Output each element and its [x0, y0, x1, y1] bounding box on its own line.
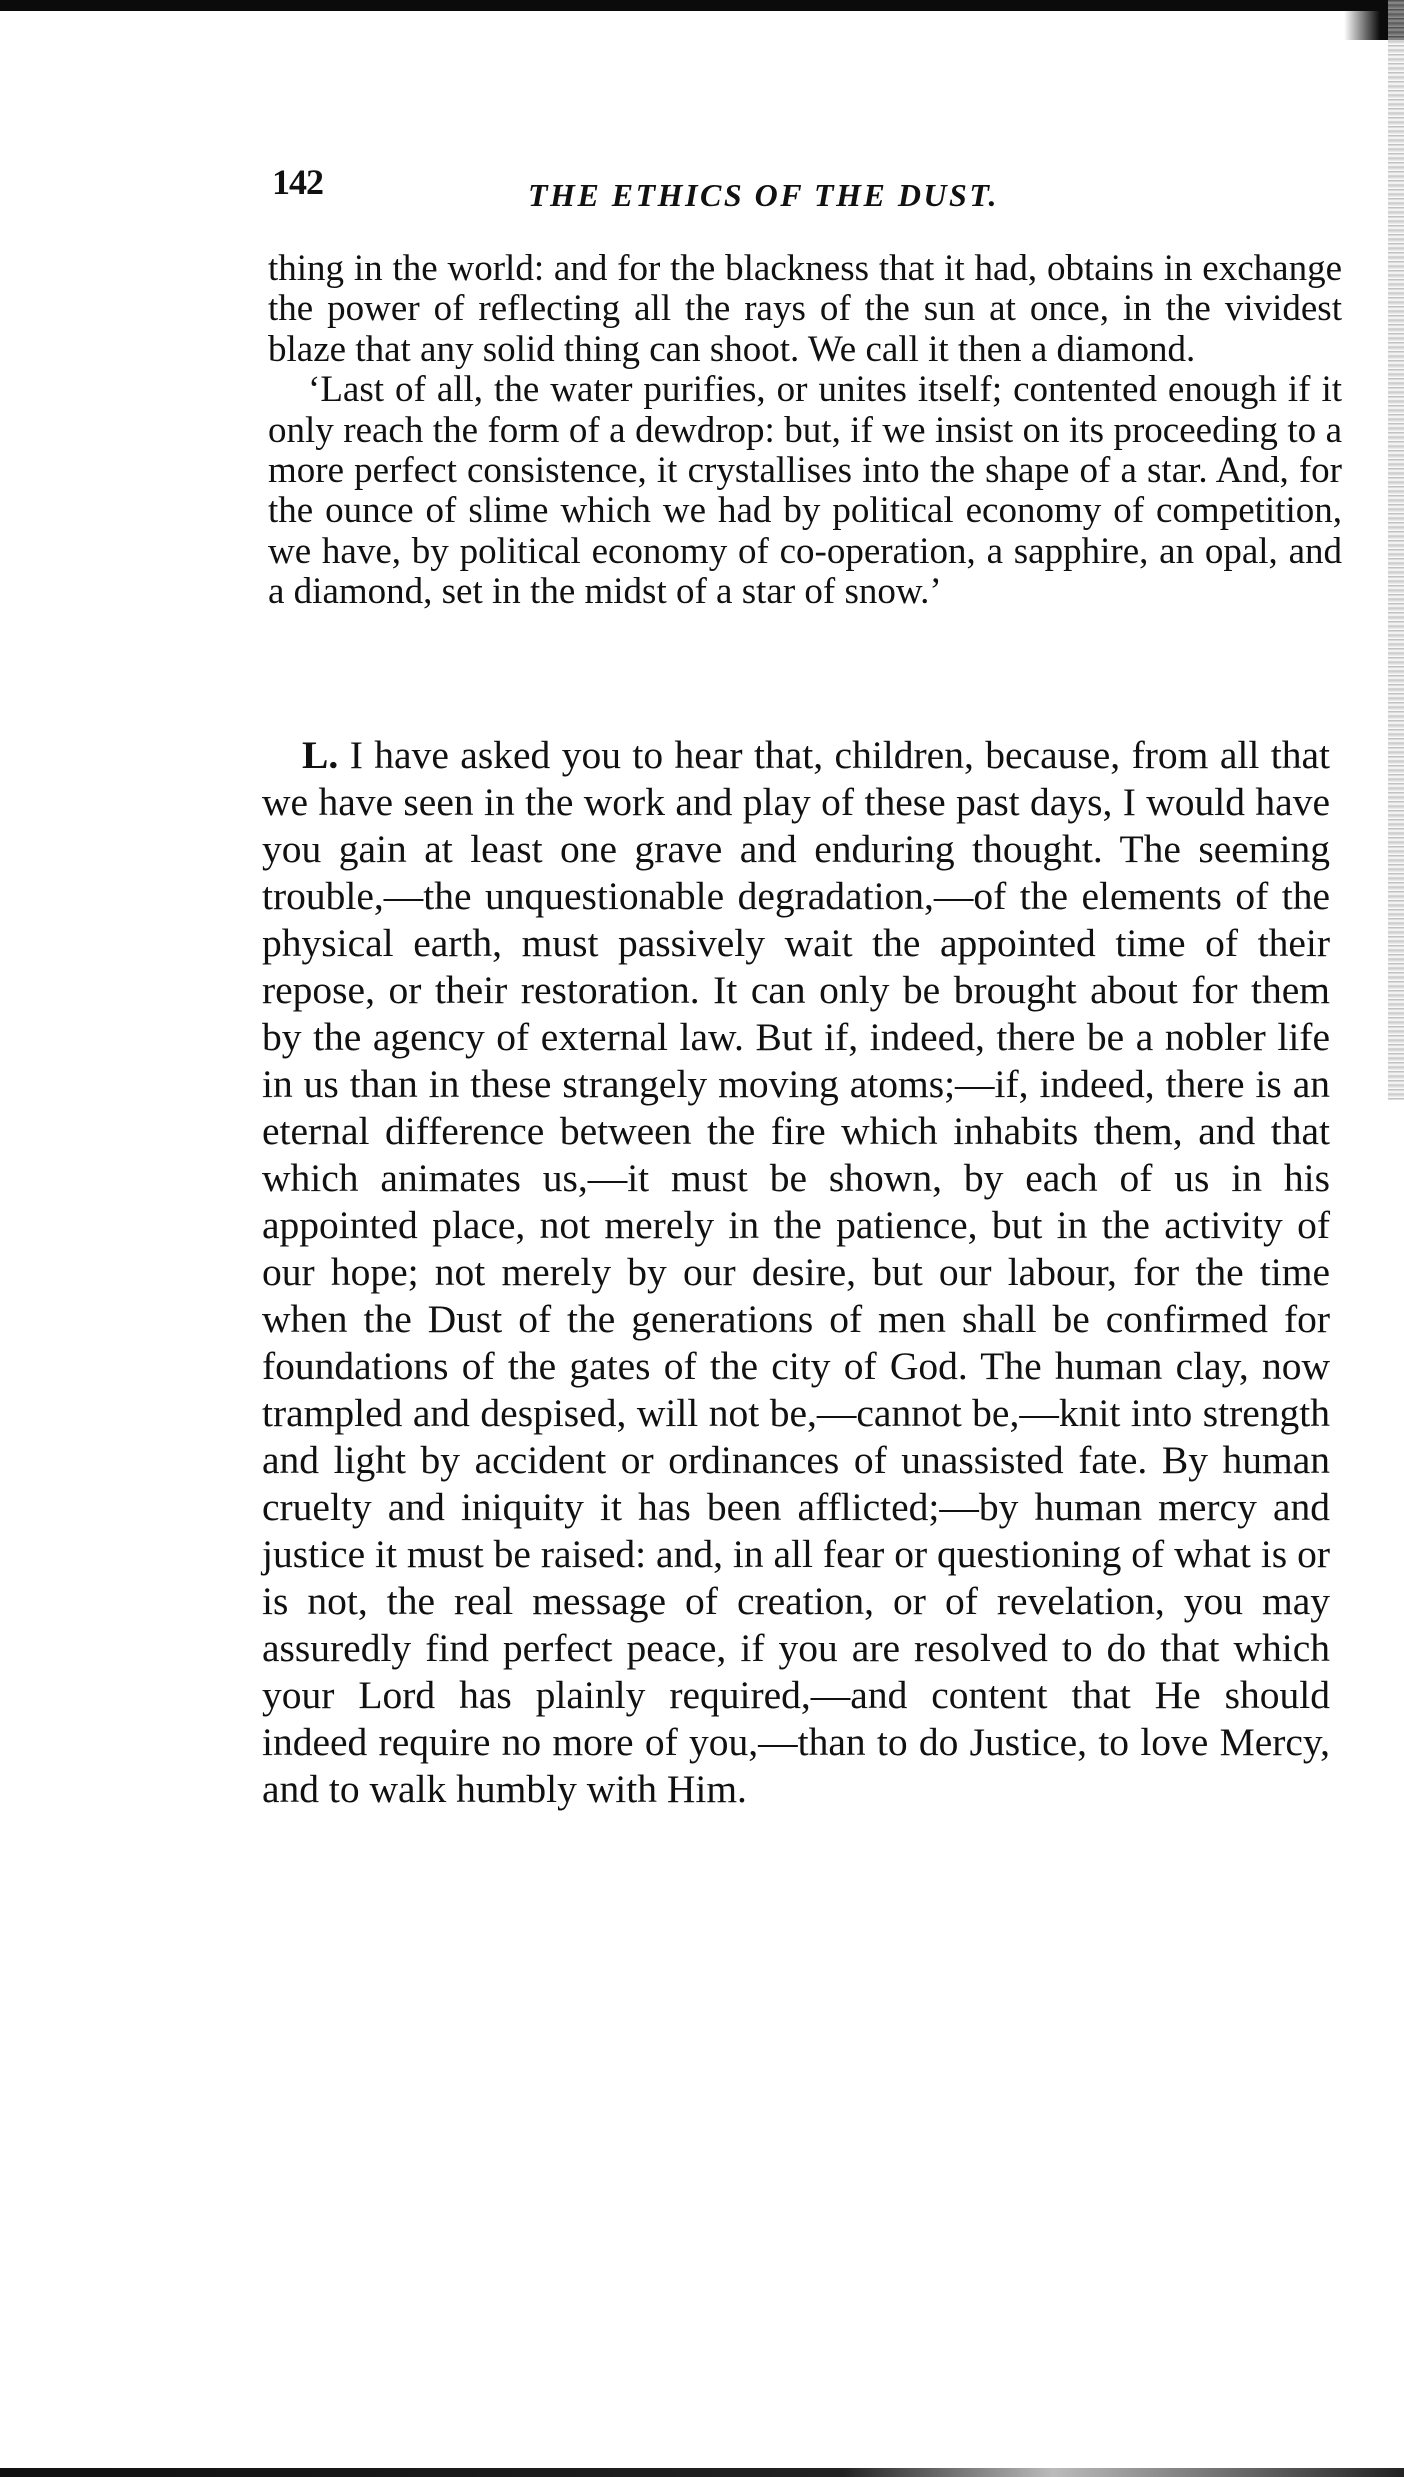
- running-head: THE ETHICS OF THE DUST.: [528, 178, 999, 212]
- section-number: L.: [302, 733, 338, 777]
- quoted-paragraph-last-of-all: ‘Last of all, the water purifies, or uni…: [268, 370, 1342, 612]
- quoted-passage: thing in the world: and for the blacknes…: [268, 249, 1342, 613]
- page-number: 142: [272, 164, 323, 200]
- scan-top-edge: [0, 0, 1404, 11]
- section-text: I have asked you to hear that, children,…: [262, 733, 1330, 1811]
- scan-right-edge: [1388, 0, 1404, 1100]
- quoted-paragraph-continuation: thing in the world: and for the blacknes…: [268, 249, 1342, 370]
- section-paragraph: L. I have asked you to hear that, childr…: [262, 732, 1330, 1813]
- scan-bottom-edge: [0, 2468, 1404, 2477]
